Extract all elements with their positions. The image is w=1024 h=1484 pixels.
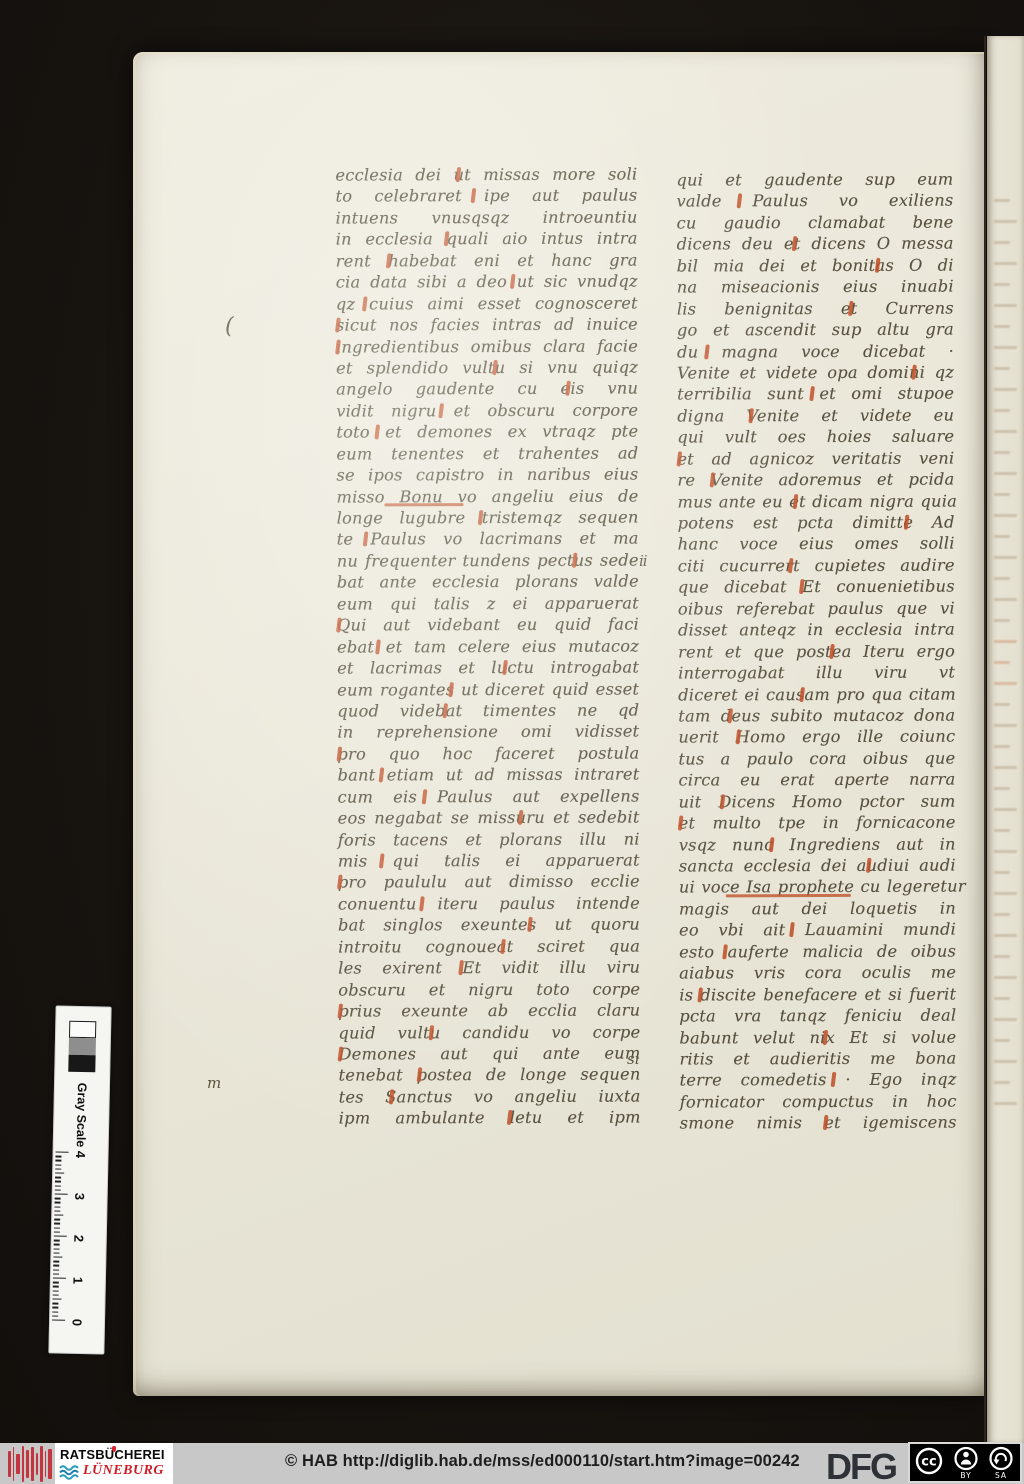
ruler-tick xyxy=(54,1210,60,1212)
manuscript-line: longe lugubre tristemqz sequen xyxy=(337,506,639,528)
manuscript-line: sancta ecclesia dei audiui audi xyxy=(679,855,956,877)
rubrication-mark xyxy=(727,708,732,723)
ghost-text-line xyxy=(994,829,1010,832)
rubrication-mark xyxy=(823,1029,828,1044)
ruler-tick xyxy=(52,1307,58,1309)
ghost-text-line xyxy=(994,892,1017,895)
manuscript-line: digna Venite et videte eu xyxy=(677,404,954,426)
manuscript-line: rent habebat eni et hanc gra xyxy=(336,249,638,271)
rubrication-mark xyxy=(788,558,793,573)
rubrication-mark xyxy=(736,729,741,744)
ghost-text-line xyxy=(994,619,1010,622)
cc-license-badge: cc BY SA xyxy=(908,1442,1022,1483)
rubrication-mark xyxy=(866,858,871,873)
ghost-text-line xyxy=(994,577,1010,580)
ghost-text-line xyxy=(994,766,1017,769)
text-column-right: qui et gaudente sup eumvalde Paulus vo e… xyxy=(676,169,956,1135)
ruler-tick xyxy=(52,1315,58,1317)
cc-icon: cc xyxy=(917,1449,941,1473)
ruler-tick xyxy=(53,1269,59,1271)
rubrication-mark xyxy=(831,1072,836,1087)
manuscript-line: na miseacionis eius inuabi xyxy=(677,276,954,298)
ghost-text-line xyxy=(994,535,1010,538)
manuscript-line: du magna voce dicebat · xyxy=(677,340,954,362)
red-bar xyxy=(45,1451,47,1477)
rubrication-mark xyxy=(375,639,380,654)
manuscript-line: et multo tpe in fornicacone xyxy=(679,812,956,834)
manuscript-line: conuentu iteru paulus intende xyxy=(338,892,640,914)
grayscale-label: Gray Scale xyxy=(74,1077,90,1153)
manuscript-line: pro paululu aut dimisso ecclie xyxy=(338,871,640,893)
ruler-tick xyxy=(54,1248,60,1250)
manuscript-line: quid vultu candidu vo corpe xyxy=(338,1021,640,1043)
sa-label: SA xyxy=(995,1471,1007,1480)
ruler-tick xyxy=(55,1168,61,1170)
manuscript-line: pcta vra tanqz feniciu deal xyxy=(679,1005,956,1027)
grayscale-card: Gray Scale 43210 xyxy=(48,1005,111,1354)
ghost-text-line xyxy=(994,409,1010,412)
ghost-text-line xyxy=(994,745,1010,748)
ghost-text-line xyxy=(994,304,1017,307)
rubrication-mark xyxy=(336,618,341,633)
ghost-text-line xyxy=(994,556,1017,559)
manuscript-line: eo vbi ait Lauamini mundi xyxy=(679,919,956,941)
rubrication-mark xyxy=(507,1110,512,1125)
manuscript-line: potens est pcta dimitte Ad xyxy=(678,512,955,534)
ruler-tick xyxy=(55,1193,68,1195)
ghost-text-line xyxy=(994,262,1017,265)
manuscript-line: tenebat postea de longe sequen xyxy=(338,1064,640,1086)
manuscript-line: magis aut dei loquetis in xyxy=(679,897,956,919)
manuscript-line: et ad agnicoz veritatis veni xyxy=(677,447,954,469)
ghost-text-line xyxy=(994,346,1017,349)
manuscript-line: vsqz nunc Ingrediens aut in xyxy=(679,833,956,855)
facing-page-text xyxy=(987,36,1024,1105)
ruler-tick xyxy=(55,1177,61,1179)
manuscript-page: ecclesia dei ut missas more solito celeb… xyxy=(133,52,986,1396)
dfg-logo: DFG xyxy=(826,1446,896,1484)
rubrication-mark xyxy=(527,917,532,932)
rubrication-mark xyxy=(710,472,715,487)
manuscript-line: Qui aut videbant eu quid faci xyxy=(337,614,639,636)
ghost-text-line xyxy=(994,682,1017,685)
manuscript-line: ipm ambulante letu et ipm xyxy=(339,1107,641,1129)
rubrication-mark xyxy=(500,939,505,954)
manuscript-line: babunt velut nix Et si volue xyxy=(679,1026,956,1048)
ruler-tick xyxy=(54,1223,60,1225)
ghost-text-line xyxy=(994,850,1017,853)
rubrication-mark xyxy=(470,188,475,203)
rubrication-mark xyxy=(375,424,380,439)
rubrication-mark xyxy=(492,360,497,375)
ghost-text-line xyxy=(994,514,1017,517)
rubrication-mark xyxy=(379,767,384,782)
manuscript-line: esto auferte malicia de oibus xyxy=(679,940,956,962)
red-bar xyxy=(16,1454,20,1474)
manuscript-line: sicut nos facies intras ad inuice xyxy=(336,314,638,336)
manuscript-line: lis benignitas et Currens xyxy=(677,297,954,319)
ruler-tick xyxy=(55,1172,64,1174)
manuscript-line: vidit nigru et obscuru corpore xyxy=(336,399,638,421)
manuscript-line: is discite benefacere et si fuerit xyxy=(679,983,956,1005)
manuscript-line: terre comedetis · Ego inqz xyxy=(679,1069,956,1091)
text-column-left: ecclesia dei ut missas more solito celeb… xyxy=(335,163,640,1129)
manuscript-line: ui voce Isa prophete cu legeretur xyxy=(679,876,956,898)
ruler: 43210 xyxy=(52,1151,92,1332)
ghost-text-line xyxy=(994,430,1017,433)
manuscript-line: tam deus subito mutacoz dona xyxy=(678,704,955,726)
manuscript-line: qui et gaudente sup eum xyxy=(676,169,953,191)
ghost-text-line xyxy=(994,451,1010,454)
ghost-text-line xyxy=(994,976,1017,979)
manuscript-line: ingredientibus omibus clara facie xyxy=(336,335,638,357)
manuscript-line: te Paulus vo lacrimans et ma xyxy=(337,528,639,550)
manuscript-line: ritis et audieritis me bona xyxy=(679,1047,956,1069)
ghost-text-line xyxy=(994,913,1010,916)
manuscript-line: ecclesia dei ut missas more soli xyxy=(335,163,637,185)
copyright-attribution-text: © HAB http://diglib.hab.de/mss/ed000110/… xyxy=(285,1452,800,1471)
rubrication-underline xyxy=(385,503,464,506)
intercolumn-note: si xyxy=(627,1050,640,1068)
by-person-icon xyxy=(956,1448,977,1469)
ruler-tick xyxy=(55,1181,61,1183)
ghost-text-line xyxy=(994,493,1010,496)
ruler-tick xyxy=(55,1198,61,1200)
manuscript-line: nu frequenter tundens pectus sede xyxy=(337,549,639,571)
ruler-tick xyxy=(53,1256,62,1258)
ghost-text-line xyxy=(994,808,1017,811)
manuscript-line: qui vult oes hoies saluare xyxy=(677,426,954,448)
ruler-tick xyxy=(56,1151,69,1153)
rubrication-mark xyxy=(518,810,523,825)
manuscript-line: citi cucurrert cupietes audire xyxy=(678,554,955,576)
manuscript-line: Demones aut qui ante eum xyxy=(338,1042,640,1064)
manuscript-line: aiabus vris cora oculis me xyxy=(679,962,956,984)
ghost-text-line xyxy=(994,367,1010,370)
manuscript-line: eos negabat se missuru et sedebit xyxy=(338,807,640,829)
umlaut-accent-icon xyxy=(112,1446,116,1452)
manuscript-line: circa eu erat aperte narra xyxy=(678,769,955,791)
ghost-text-line xyxy=(994,661,1010,664)
rubrication-mark xyxy=(676,451,681,466)
manuscript-line: et splendido vultu si vnu quiqz xyxy=(336,356,638,378)
ruler-tick xyxy=(53,1286,59,1288)
ruler-tick xyxy=(54,1219,60,1221)
red-bar xyxy=(36,1453,38,1475)
rubrication-mark xyxy=(416,1067,421,1082)
ruler-tick xyxy=(53,1265,59,1267)
ruler-tick xyxy=(52,1303,58,1305)
svg-text:cc: cc xyxy=(921,1455,936,1470)
grayscale-patch-gray xyxy=(69,1038,96,1056)
ruler-tick xyxy=(54,1206,60,1208)
rubrication-mark xyxy=(389,1089,394,1104)
ruler-tick xyxy=(53,1261,59,1263)
sa-arrow-icon xyxy=(991,1448,1012,1469)
rubrication-mark xyxy=(829,643,834,658)
rubrication-mark xyxy=(748,408,753,423)
by-label: BY xyxy=(960,1471,971,1480)
ruler-tick xyxy=(54,1227,60,1229)
manuscript-line: terribilia sunt et omi stupoe xyxy=(677,383,954,405)
manuscript-line: et lacrimas et luctu introgabat xyxy=(337,657,639,679)
ghost-text-line xyxy=(994,1060,1017,1063)
ghost-text-line xyxy=(994,997,1010,1000)
manuscript-line: tus a paulo cora oibus que xyxy=(678,747,955,769)
ghost-text-line xyxy=(994,241,1010,244)
ruler-tick xyxy=(53,1294,59,1296)
manuscript-line: misso Bonu vo angeliu eius de xyxy=(336,485,638,507)
rubrication-mark xyxy=(565,381,570,396)
manuscript-line: introitu cognoueat sciret qua xyxy=(338,935,640,957)
library-bars-icon xyxy=(8,1445,52,1482)
rubrication-mark xyxy=(722,944,727,959)
manuscript-line: interrogabat illu viru vt xyxy=(678,662,955,684)
ruler-tick xyxy=(54,1231,60,1233)
rubrication-mark xyxy=(769,837,774,852)
red-bar xyxy=(40,1446,43,1482)
rubrication-mark xyxy=(789,922,794,937)
rubrication-mark xyxy=(362,296,367,311)
ruler-tick xyxy=(53,1273,59,1275)
manuscript-line: cia data sibi a deo ut sic vnudqz xyxy=(336,271,638,293)
ghost-text-line xyxy=(994,640,1017,643)
rubrication-mark xyxy=(448,681,453,696)
manuscript-line: disset anteqz in ecclesia intra xyxy=(678,619,955,641)
rubrication-mark xyxy=(336,746,341,761)
rubrication-mark xyxy=(678,815,683,830)
ruler-tick xyxy=(53,1282,59,1284)
manuscript-line: smone nimis et igemiscens xyxy=(680,1112,957,1134)
ruler-tick xyxy=(54,1244,60,1246)
manuscript-line: oibus referebat paulus que vi xyxy=(678,597,955,619)
ruler-tick xyxy=(55,1189,61,1191)
ghost-text-line xyxy=(994,871,1010,874)
ghost-text-line xyxy=(994,934,1017,937)
rubrication-mark xyxy=(337,1003,342,1018)
manuscript-line: uerit Homo ergo ille coiunc xyxy=(678,726,955,748)
rubrication-mark xyxy=(363,532,368,547)
ruler-number: 0 xyxy=(69,1315,84,1329)
red-bar xyxy=(22,1446,24,1482)
manuscript-line: in ecclesia quali aio intus intra xyxy=(336,228,638,250)
manuscript-line: bil mia dei et bonitas O di xyxy=(677,254,954,276)
rubrication-mark xyxy=(502,660,507,675)
rubrication-mark xyxy=(799,686,804,701)
marginal-paren-mark: ( xyxy=(225,314,234,339)
ruler-tick xyxy=(55,1160,61,1162)
manuscript-line: fornicator compuctus in hoc xyxy=(680,1090,957,1112)
rubrication-mark xyxy=(736,194,741,209)
red-bar xyxy=(8,1451,11,1477)
manuscript-line: qz cuius aimi esset cognosceret xyxy=(336,292,638,314)
rubrication-mark xyxy=(379,853,384,868)
manuscript-line: Venite et videte opa domini qz xyxy=(677,361,954,383)
manuscript-line: se ipos capistro in naribus eius xyxy=(336,464,638,486)
ghost-text-line xyxy=(994,325,1010,328)
rubrication-mark xyxy=(335,317,340,332)
manuscript-line: bat ante ecclesia plorans valde xyxy=(337,571,639,593)
marginal-m-mark: m xyxy=(207,1074,221,1092)
manuscript-line: eum tenentes et trahentes ad xyxy=(336,442,638,464)
ghost-text-line xyxy=(994,1102,1017,1105)
manuscript-line: eum qui talis z ei apparuerat xyxy=(337,592,639,614)
ghost-text-line xyxy=(994,388,1017,391)
grayscale-patch-black xyxy=(68,1055,95,1073)
rubrication-mark xyxy=(421,789,426,804)
ruler-tick xyxy=(54,1214,63,1216)
ghost-text-line xyxy=(994,472,1017,475)
ruler-number: 4 xyxy=(73,1147,88,1161)
rubrication-mark xyxy=(799,579,804,594)
ghost-text-line xyxy=(994,220,1017,223)
manuscript-line: foris tacens et plorans illu ni xyxy=(338,828,640,850)
ruler-tick xyxy=(55,1202,61,1204)
rubrication-underline xyxy=(726,894,851,897)
rubrication-mark xyxy=(338,1046,343,1061)
manuscript-line: uit Dicens Homo pctor sum xyxy=(678,790,955,812)
ghost-text-line xyxy=(994,598,1017,601)
manuscript-line: in reprehensione omi vidisset xyxy=(337,721,639,743)
ruler-tick xyxy=(53,1252,59,1254)
red-bar xyxy=(31,1447,35,1481)
rubrication-mark xyxy=(719,794,724,809)
manuscript-line: cu gaudio clamabat bene xyxy=(676,211,953,233)
page-gutter-line xyxy=(984,36,986,1443)
manuscript-line: quod videbat timentes ne qd xyxy=(337,699,639,721)
ruler-tick xyxy=(55,1164,61,1166)
rubrication-mark xyxy=(698,987,703,1002)
manuscript-line: toto et demones ex vtraqz pte xyxy=(336,421,638,443)
rubrication-mark xyxy=(428,1025,433,1040)
red-bar xyxy=(48,1449,52,1479)
rubrication-mark xyxy=(704,344,709,359)
manuscript-line: ebat et tam celere eius mutacoz xyxy=(337,635,639,657)
rubrication-mark xyxy=(848,300,853,315)
ruler-tick xyxy=(53,1290,59,1292)
manuscript-line: re Venite adoremus et pcida xyxy=(677,469,954,491)
rubrication-mark xyxy=(419,896,424,911)
ghost-text-line xyxy=(994,955,1010,958)
rubrication-mark xyxy=(337,875,342,890)
ruler-tick xyxy=(55,1185,61,1187)
manuscript-line: prius exeunte ab ecclia claru xyxy=(338,1000,640,1022)
manuscript-line: intuens vnusqsqz introeuntiu xyxy=(335,206,637,228)
rubrication-mark xyxy=(458,960,463,975)
manuscript-line: bat singlos exeuntes ut quoru xyxy=(338,914,640,936)
manuscript-line: dicens deu et dicens O messa xyxy=(677,233,954,255)
ruler-tick xyxy=(53,1277,66,1279)
ghost-text-line xyxy=(994,1018,1017,1021)
rubrication-mark xyxy=(912,364,917,379)
ruler-number: 3 xyxy=(72,1189,87,1203)
ghost-text-line xyxy=(994,787,1010,790)
intercolumn-mark: ii xyxy=(639,552,647,570)
rubrication-mark xyxy=(571,552,576,567)
rubrication-mark xyxy=(792,236,797,251)
manuscript-line: cum eis Paulus aut expellens xyxy=(337,785,639,807)
library-logo: RATSBÜCHEREI LÜNEBURG xyxy=(55,1443,173,1484)
manuscript-line: rent et que postea Iteru ergo xyxy=(678,640,955,662)
waves-icon xyxy=(59,1465,81,1480)
manuscript-line: hanc voce eius omes solli xyxy=(678,533,955,555)
ghost-text-line xyxy=(994,283,1010,286)
manuscript-line: diceret ei causam pro qua citam xyxy=(678,683,955,705)
rubrication-mark xyxy=(809,386,814,401)
ruler-tick xyxy=(54,1235,67,1237)
manuscript-line: les exirent Et vidit illu viru xyxy=(338,957,640,979)
rubrication-mark xyxy=(443,231,448,246)
manuscript-line: que dicebat Et conuenietibus xyxy=(678,576,955,598)
rubrication-mark xyxy=(442,703,447,718)
facing-page-edge xyxy=(987,36,1024,1443)
rubrication-mark xyxy=(478,510,483,525)
ruler-number: 1 xyxy=(70,1273,85,1287)
manuscript-line: mus ante eu et dicam nigra quia xyxy=(677,490,954,512)
ruler-tick xyxy=(54,1240,60,1242)
ghost-text-line xyxy=(994,1081,1010,1084)
ruler-number: 2 xyxy=(71,1231,86,1245)
red-bar xyxy=(13,1447,15,1481)
ruler-tick xyxy=(52,1311,58,1313)
ghost-text-line xyxy=(994,1039,1010,1042)
rubrication-mark xyxy=(875,257,880,272)
ruler-tick xyxy=(55,1156,61,1158)
ghost-text-line xyxy=(994,724,1017,727)
manuscript-line: tes Sanctus vo angeliu iuxta xyxy=(339,1085,641,1107)
library-city: LÜNEBURG xyxy=(83,1463,164,1479)
rubrication-mark xyxy=(386,253,391,268)
manuscript-line: obscuru et nigru toto corpe xyxy=(338,978,640,1000)
manuscript-line: go et ascendit sup altu gra xyxy=(677,319,954,341)
manuscript-line: mis qui talis ei apparuerat xyxy=(338,849,640,871)
photographed-scan-background: ecclesia dei ut missas more solito celeb… xyxy=(0,0,1024,1484)
rubrication-mark xyxy=(455,167,460,182)
rubrication-mark xyxy=(793,493,798,508)
manuscript-line: valde Paulus vo exiliens xyxy=(676,190,953,212)
ruler-tick xyxy=(52,1298,61,1300)
rubrication-mark xyxy=(823,1115,828,1130)
manuscript-line: pro quo hoc faceret postula xyxy=(337,742,639,764)
rubrication-mark xyxy=(438,403,443,418)
rubrication-mark xyxy=(335,339,340,354)
manuscript-line: to celebraret ipe aut paulus xyxy=(335,185,637,207)
manuscript-line: bant etiam ut ad missas intraret xyxy=(337,764,639,786)
grayscale-patch-white xyxy=(69,1021,96,1039)
ghost-text-line xyxy=(994,703,1010,706)
manuscript-line: angelo gaudente cu eis vnu xyxy=(336,378,638,400)
ruler-tick xyxy=(52,1319,65,1321)
manuscript-line: eum rogantes ut diceret quid esset xyxy=(337,678,639,700)
rubrication-mark xyxy=(904,515,909,530)
ghost-text-line xyxy=(994,199,1010,202)
rubrication-mark xyxy=(510,274,515,289)
red-bar xyxy=(26,1450,29,1478)
